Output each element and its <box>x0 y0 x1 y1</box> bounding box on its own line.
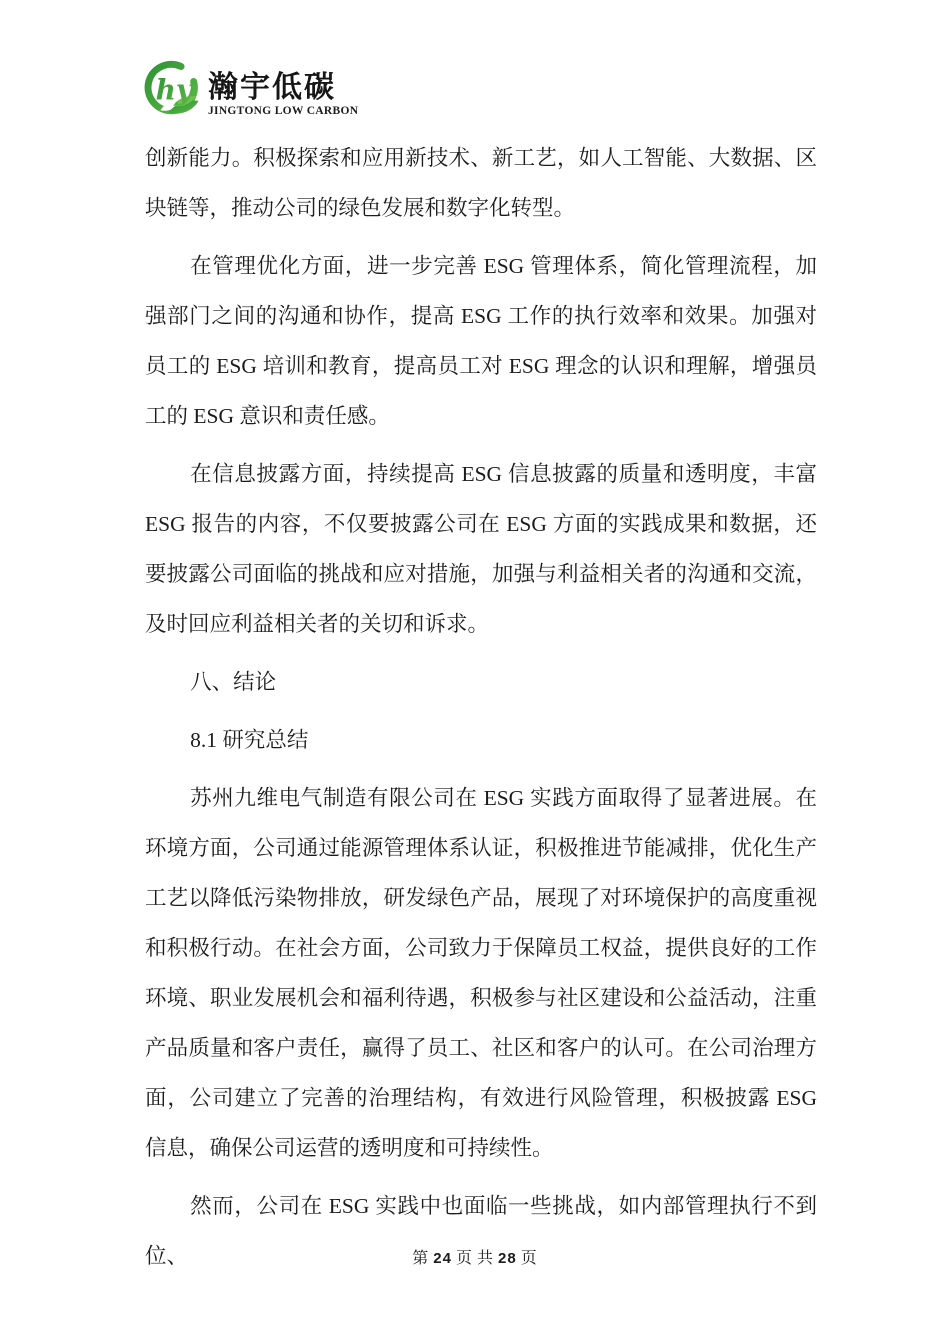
company-logo: hy 瀚宇低碳 JINGTONG LOW CARBON <box>144 56 358 118</box>
current-page-number: 24 <box>433 1250 452 1267</box>
company-name-en: JINGTONG LOW CARBON <box>208 105 358 117</box>
paragraph: 在信息披露方面，持续提高 ESG 信息披露的质量和透明度，丰富 ESG 报告的内… <box>145 449 817 649</box>
logo-monogram: hy <box>156 74 194 107</box>
logo-text: 瀚宇低碳 JINGTONG LOW CARBON <box>208 56 358 117</box>
company-name-zh: 瀚宇低碳 <box>208 72 358 104</box>
footer-label-ye1: 页 <box>456 1250 473 1267</box>
footer-label-di: 第 <box>412 1250 429 1267</box>
footer-label-gong: 共 <box>477 1250 494 1267</box>
paragraph: 苏州九维电气制造有限公司在 ESG 实践方面取得了显著进展。在环境方面，公司通过… <box>145 773 817 1173</box>
total-page-number: 28 <box>498 1250 517 1267</box>
leaf-ring-emblem: hy <box>144 56 202 118</box>
section-heading: 八、结论 <box>145 657 817 707</box>
subsection-heading: 8.1 研究总结 <box>145 715 817 765</box>
document-body: 创新能力。积极探索和应用新技术、新工艺，如人工智能、大数据、区块链等，推动公司的… <box>145 133 817 1289</box>
footer-label-ye2: 页 <box>521 1250 538 1267</box>
paragraph: 在管理优化方面，进一步完善 ESG 管理体系，简化管理流程，加强部门之间的沟通和… <box>145 241 817 441</box>
document-page: hy 瀚宇低碳 JINGTONG LOW CARBON 创新能力。积极探索和应用… <box>0 0 950 1343</box>
page-footer: 第24页共28页 <box>0 1248 950 1270</box>
paragraph: 创新能力。积极探索和应用新技术、新工艺，如人工智能、大数据、区块链等，推动公司的… <box>145 133 817 233</box>
